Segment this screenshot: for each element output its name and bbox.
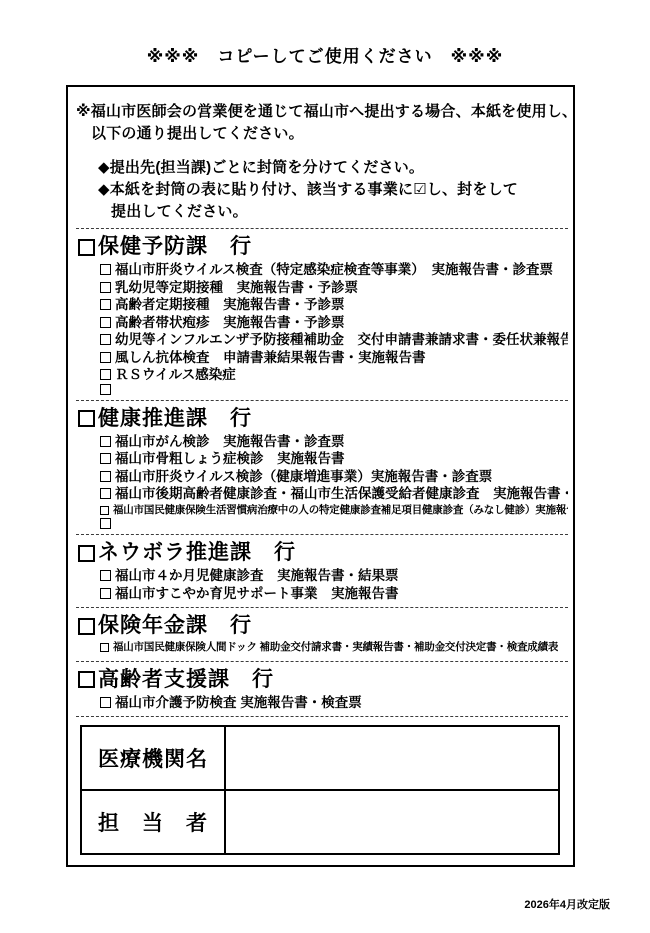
section-header: 保健予防課 行 (76, 233, 568, 261)
section-header: 健康推進課 行 (76, 405, 568, 433)
list-item: 福山市介護予防検査 実施報告書・検査票 (76, 694, 568, 712)
list-item: 乳幼児等定期接種 実施報告書・予診票 (76, 279, 568, 297)
item-checkbox[interactable] (100, 334, 111, 345)
item-label: 福山市肝炎ウイルス検査（特定感染症検査等事業） 実施報告書・診査票 (115, 261, 553, 279)
section-checkbox[interactable] (78, 671, 95, 688)
item-checkbox[interactable] (100, 471, 111, 482)
list-item: 福山市後期高齢者健康診査・福山市生活保護受給者健康診査 実施報告書・診査票 (76, 485, 568, 503)
submission-cover-sheet: ※福山市医師会の営業便を通じて福山市へ提出する場合、本紙を使用し、 以下の通り提… (66, 85, 575, 867)
section: ネウボラ推進課 行福山市４か月児健康診査 実施報告書・結果票福山市すこやか育児サ… (76, 539, 568, 602)
person-in-charge-value[interactable] (225, 790, 559, 854)
item-label: 福山市肝炎ウイルス検診（健康増進事業）実施報告書・診査票 (115, 468, 492, 486)
list-item: 幼児等インフルエンザ予防接種補助金 交付申請書兼請求書・委任状兼報告書 (76, 331, 568, 349)
item-checkbox[interactable] (100, 317, 111, 328)
list-item: 福山市肝炎ウイルス検査（特定感染症検査等事業） 実施報告書・診査票 (76, 261, 568, 279)
dashed-divider (76, 400, 568, 401)
instruction-bullet-2-line2: 提出してください。 (98, 201, 568, 223)
item-checkbox[interactable] (100, 588, 111, 599)
item-checkbox[interactable] (100, 384, 111, 395)
item-label: 福山市４か月児健康診査 実施報告書・結果票 (115, 567, 399, 585)
item-label: 幼児等インフルエンザ予防接種補助金 交付申請書兼請求書・委任状兼報告書 (115, 331, 568, 349)
list-item: 福山市国民健康保険人間ドック 補助金交付請求書・実績報告書・補助金交付決定書・検… (76, 640, 568, 656)
copy-notice: ※※※ コピーしてご使用ください ※※※ (0, 42, 650, 67)
item-label: 福山市後期高齢者健康診査・福山市生活保護受給者健康診査 実施報告書・診査票 (115, 485, 568, 503)
list-item: 福山市４か月児健康診査 実施報告書・結果票 (76, 567, 568, 585)
item-label: 乳幼児等定期接種 実施報告書・予診票 (115, 279, 358, 297)
contact-table: 医療機関名 担 当 者 (80, 725, 560, 855)
item-checkbox[interactable] (100, 506, 109, 515)
section-header: ネウボラ推進課 行 (76, 539, 568, 567)
item-label: 高齢者帯状疱疹 実施報告書・予診票 (115, 314, 345, 332)
section: 保健予防課 行福山市肝炎ウイルス検査（特定感染症検査等事業） 実施報告書・診査票… (76, 233, 568, 395)
item-checkbox[interactable] (100, 369, 111, 380)
list-item: 風しん抗体検査 申請書兼結果報告書・実施報告書 (76, 349, 568, 367)
item-checkbox[interactable] (100, 643, 109, 652)
list-item: 高齢者定期接種 実施報告書・予診票 (76, 296, 568, 314)
medical-institution-label: 医療機関名 (81, 726, 225, 790)
section-header: 保険年金課 行 (76, 612, 568, 640)
item-checkbox[interactable] (100, 282, 111, 293)
dashed-divider (76, 607, 568, 608)
item-label: 福山市国民健康保険人間ドック 補助金交付請求書・実績報告書・補助金交付決定書・検… (113, 640, 558, 656)
dashed-divider (76, 716, 568, 717)
item-label: ＲＳウイルス感染症 (115, 366, 236, 384)
instruction-intro-line1: ※福山市医師会の営業便を通じて福山市へ提出する場合、本紙を使用し、 (76, 101, 568, 123)
department-sections: 保健予防課 行福山市肝炎ウイルス検査（特定感染症検査等事業） 実施報告書・診査票… (76, 228, 568, 711)
item-label: 風しん抗体検査 申請書兼結果報告書・実施報告書 (115, 349, 426, 367)
list-item: 福山市肝炎ウイルス検診（健康増進事業）実施報告書・診査票 (76, 468, 568, 486)
section-title: 保健予防課 行 (98, 233, 252, 261)
section-title: ネウボラ推進課 行 (98, 539, 296, 567)
section: 健康推進課 行福山市がん検診 実施報告書・診査票福山市骨粗しょう症検診 実施報告… (76, 405, 568, 530)
revision-note: 2026年4月改定版 (524, 896, 610, 912)
dashed-divider (76, 228, 568, 229)
section-title: 保険年金課 行 (98, 612, 252, 640)
item-checkbox[interactable] (100, 436, 111, 447)
item-checkbox[interactable] (100, 453, 111, 464)
list-item: 福山市骨粗しょう症検診 実施報告書 (76, 450, 568, 468)
section-header: 高齢者支援課 行 (76, 666, 568, 694)
item-checkbox[interactable] (100, 299, 111, 310)
list-item: ＲＳウイルス感染症 (76, 366, 568, 384)
instruction-bullet-1: ◆提出先(担当課)ごとに封筒を分けてください。 (98, 157, 568, 179)
instruction-bullet-2-line1: ◆本紙を封筒の表に貼り付け、該当する事業に☑し、封をして (98, 179, 568, 201)
item-label: 福山市介護予防検査 実施報告書・検査票 (115, 694, 362, 712)
list-item: 福山市がん検診 実施報告書・診査票 (76, 433, 568, 451)
instructions: ※福山市医師会の営業便を通じて福山市へ提出する場合、本紙を使用し、 以下の通り提… (76, 101, 568, 223)
item-label: 福山市すこやか育児サポート事業 実施報告書 (115, 585, 399, 603)
instruction-intro-line2: 以下の通り提出してください。 (76, 123, 568, 145)
section-checkbox[interactable] (78, 239, 95, 256)
medical-institution-value[interactable] (225, 726, 559, 790)
item-label: 高齢者定期接種 実施報告書・予診票 (115, 296, 345, 314)
section-title: 高齢者支援課 行 (98, 666, 274, 694)
list-item (76, 518, 568, 529)
item-checkbox[interactable] (100, 352, 111, 363)
section-checkbox[interactable] (78, 545, 95, 562)
section: 高齢者支援課 行福山市介護予防検査 実施報告書・検査票 (76, 666, 568, 712)
table-row: 医療機関名 (81, 726, 559, 790)
item-checkbox[interactable] (100, 264, 111, 275)
instruction-bullets: ◆提出先(担当課)ごとに封筒を分けてください。 ◆本紙を封筒の表に貼り付け、該当… (76, 157, 568, 223)
section: 保険年金課 行福山市国民健康保険人間ドック 補助金交付請求書・実績報告書・補助金… (76, 612, 568, 656)
list-item: 福山市国民健康保険生活習慣病治療中の人の特定健康診査補足項目健康診査（みなし健診… (76, 503, 568, 519)
item-label: 福山市がん検診 実施報告書・診査票 (115, 433, 345, 451)
dashed-divider (76, 661, 568, 662)
list-item: 高齢者帯状疱疹 実施報告書・予診票 (76, 314, 568, 332)
item-checkbox[interactable] (100, 488, 111, 499)
item-label: 福山市骨粗しょう症検診 実施報告書 (115, 450, 345, 468)
item-checkbox[interactable] (100, 697, 111, 708)
dashed-divider (76, 534, 568, 535)
person-in-charge-label: 担 当 者 (81, 790, 225, 854)
section-title: 健康推進課 行 (98, 405, 252, 433)
table-row: 担 当 者 (81, 790, 559, 854)
item-label: 福山市国民健康保険生活習慣病治療中の人の特定健康診査補足項目健康診査（みなし健診… (113, 503, 568, 519)
item-checkbox[interactable] (100, 570, 111, 581)
section-checkbox[interactable] (78, 618, 95, 635)
list-item (76, 384, 568, 395)
section-checkbox[interactable] (78, 410, 95, 427)
item-checkbox[interactable] (100, 518, 111, 529)
list-item: 福山市すこやか育児サポート事業 実施報告書 (76, 585, 568, 603)
